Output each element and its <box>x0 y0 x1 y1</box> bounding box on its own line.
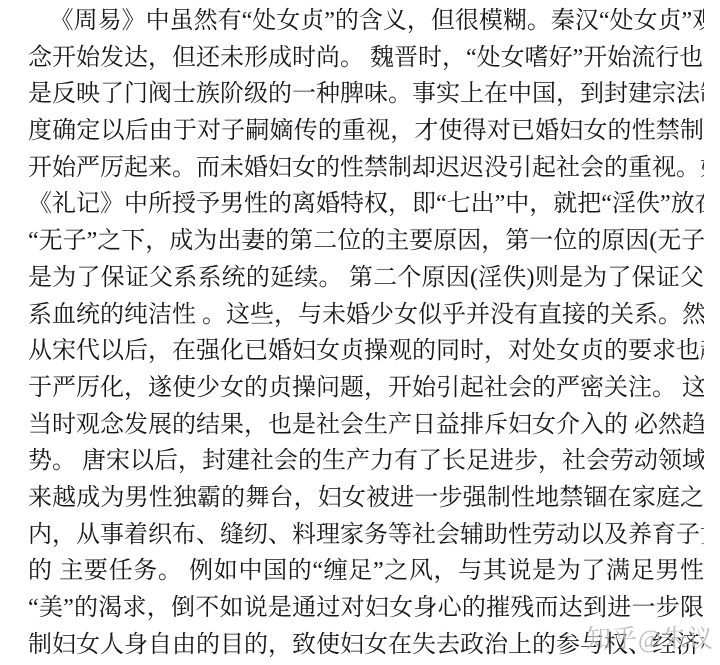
text-line: 是为了保证父系系统的延续。 第二个原因(淫佚)则是为了保证父 <box>28 260 704 297</box>
text-line: 是反映了门阀士族阶级的一种脾味。事实上在中国，到封建宗法制 <box>28 76 704 113</box>
text-line: 来越成为男性独霸的舞台，妇女被进一步强制性地禁锢在家庭之 <box>28 480 704 517</box>
body-text: 《周易》中虽然有“处女贞”的含义，但很模糊。秦汉“处女贞”观念开始发达，但还未形… <box>28 3 704 663</box>
text-line: 于严厉化，遂使少女的贞操问题，开始引起社会的严密关注。 这是 <box>28 370 704 407</box>
text-line: 系血统的纯洁性 。这些，与未婚少女似乎并没有直接的关系。然而 <box>28 297 704 334</box>
text-line: “无子”之下，成为出妻的第二位的主要原因，第一位的原因(无子) <box>28 223 704 260</box>
text-line: “美”的渴求，倒不如说是通过对妇女身心的摧残而达到进一步限 <box>28 590 704 627</box>
text-line: 内，从事着织布、缝纫、料理家务等社会辅助性劳动以及养育子女 <box>28 517 704 554</box>
text-line: 从宋代以后，在强化已婚妇女贞操观的同时，对处女贞的要求也趋 <box>28 333 704 370</box>
text-line: 势。 唐宋以后，封建社会的生产力有了长足进步，社会劳动领域越 <box>28 443 704 480</box>
document-page: 《周易》中虽然有“处女贞”的含义，但很模糊。秦汉“处女贞”观念开始发达，但还未形… <box>0 0 720 665</box>
text-line: 度确定以后由于对子嗣嫡传的重视，才使得对已婚妇女的性禁制 <box>28 113 704 150</box>
text-line: 当时观念发展的结果，也是社会生产日益排斥妇女介入的 必然趋 <box>28 407 704 444</box>
text-line: 制妇女人身自由的目的，致使妇女在失去政治上的参与权、经济权 <box>28 627 704 664</box>
text-line: 的 主要任务。 例如中国的“缠足”之风，与其说是为了满足男性 <box>28 553 704 590</box>
text-line: 《礼记》中所授予男性的离婚特权，即“七出”中，就把“淫佚”放在 <box>28 186 704 223</box>
text-line: 开始严厉起来。而未婚妇女的性禁制却迟迟没引起社会的重视。如 <box>28 150 704 187</box>
text-line: 念开始发达，但还未形成时尚。 魏晋时，“处女嗜好”开始流行也只 <box>28 40 704 77</box>
text-line: 《周易》中虽然有“处女贞”的含义，但很模糊。秦汉“处女贞”观 <box>28 3 704 40</box>
